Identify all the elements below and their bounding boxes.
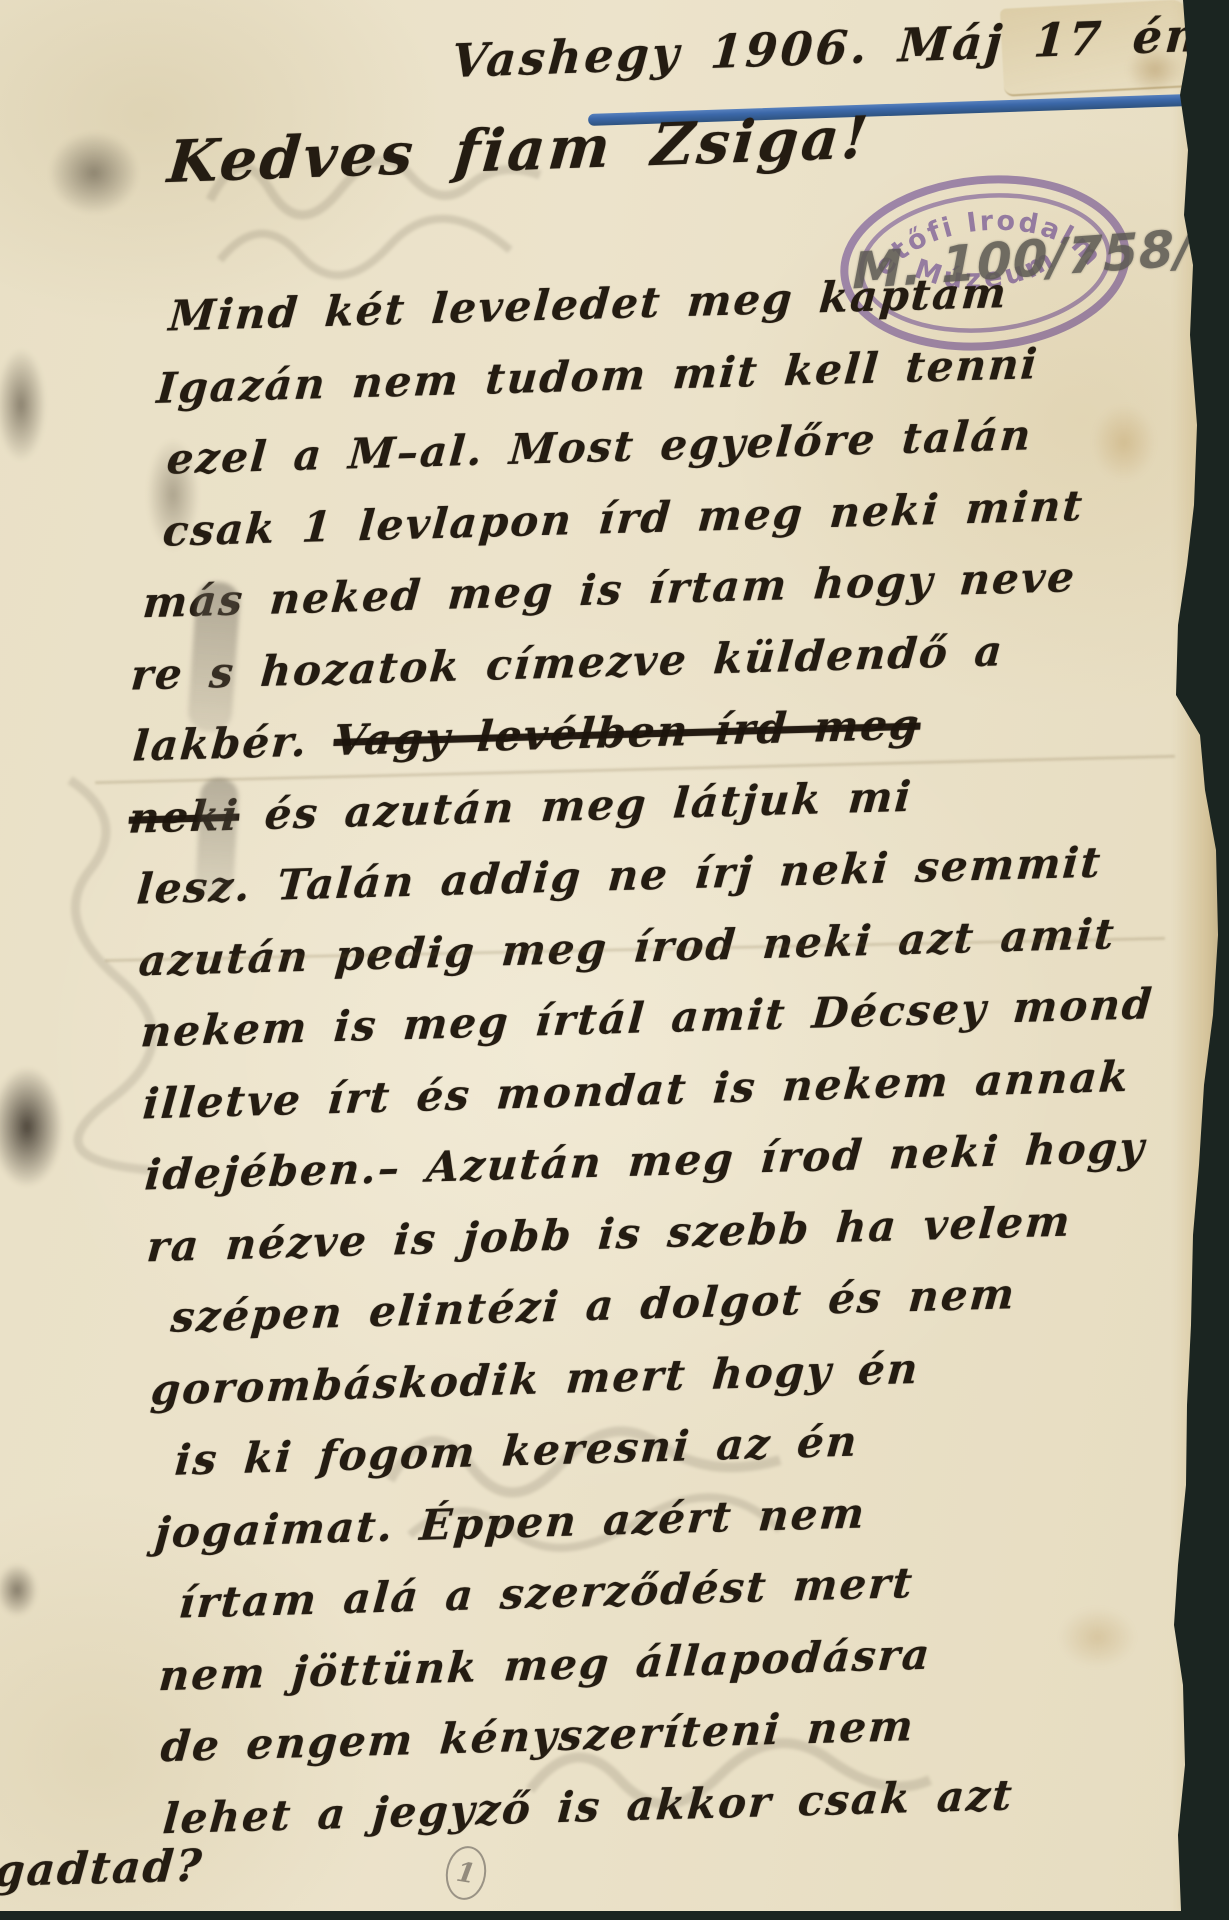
struck-text: Vagy levélben írd meg	[332, 700, 923, 766]
foxing-spot	[1085, 395, 1163, 490]
handwriting-text: lakbér.	[131, 716, 336, 771]
foxing-spot	[1050, 1600, 1145, 1675]
ink-smudge	[0, 330, 54, 480]
handwriting-text: és azután meg látjuk mi	[237, 771, 914, 839]
handwriting-text: Mind két leveledet meg kaptam	[167, 268, 1010, 341]
handwriting-text: re s hozatok címezve küldendő a	[129, 626, 1006, 700]
handwriting-text: más neked meg is írtam hogy neve	[141, 552, 1078, 627]
letter-page: Vashegy 1906. Máj 17 én Kedves fiam Zsig…	[0, 0, 1229, 1911]
page-number-circle: 1	[442, 1843, 490, 1903]
handwriting-text: írtam alá a szerződést mert	[177, 1558, 916, 1628]
handwriting-text: is ki fogom keresni az én	[173, 1417, 860, 1485]
handwriting-text: lehet a jegyző is akkor csak azt	[161, 1770, 1015, 1843]
ink-smudge	[195, 777, 239, 899]
scan-background: Vashegy 1906. Máj 17 én Kedves fiam Zsig…	[0, 0, 1229, 1920]
handwriting-text: szépen elintézi a dolgot és nem	[169, 1269, 1018, 1342]
handwriting-text: nem jöttünk meg állapodásra	[157, 1629, 933, 1700]
ink-smudge	[138, 420, 208, 570]
page-number: 1	[454, 1856, 477, 1890]
overflow-word: gadtad?	[0, 1840, 205, 1897]
ink-smudge	[34, 118, 154, 228]
handwriting-text: de engem kényszeríteni nem	[159, 1701, 917, 1771]
handwriting-text: gorombáskodik mert hogy én	[149, 1343, 921, 1414]
handwriting-text: jogaimat. Éppen azért nem	[153, 1488, 868, 1557]
foxing-spot	[1120, 40, 1190, 100]
letter-body: Mind két leveledet meg kaptamIgazán nem …	[112, 254, 1176, 1855]
handwriting-text: Igazán nem tudom mit kell tenni	[155, 339, 1041, 413]
handwriting-text: ezel a M–al. Most egyelőre talán	[165, 410, 1034, 483]
ink-smudge	[0, 1555, 44, 1625]
torn-edge-shading	[1173, 0, 1221, 1911]
